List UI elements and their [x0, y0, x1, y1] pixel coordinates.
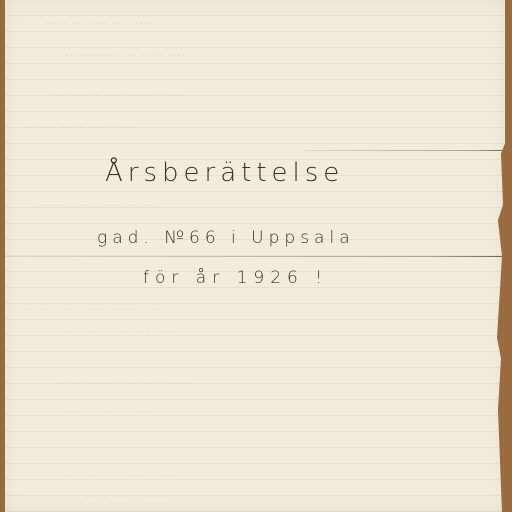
bleed-through-text: ........ ... ....... ......: [35, 196, 156, 209]
bleed-through-text: ... ......... ..... ... .......: [55, 374, 194, 387]
bleed-through-text: ....... ..... .... ........: [65, 466, 186, 479]
subtitle-year: för år 1926 !: [143, 268, 328, 288]
bleed-through-text: ..... ... .... ... ......: [45, 14, 157, 27]
paper-crease: [305, 150, 505, 151]
bleed-through-text: ..... ...... ......: [85, 488, 170, 501]
bleed-through-text: ....... ..... ...... ....: [25, 118, 137, 131]
subtitle-lodge: gad. №66 i Uppsala: [97, 228, 355, 248]
document-title: Årsberättelse: [105, 158, 344, 188]
bleed-through-text: ............ ... ..... ....: [65, 46, 186, 59]
bleed-through-text: ........ ...... ... .....: [45, 402, 157, 415]
paper-fold: [5, 256, 505, 257]
bleed-through-text: ... ....... .... ....... .....: [50, 86, 185, 99]
document-page: ..... ... .... ... ...... ............ .…: [5, 0, 505, 512]
bleed-through-text: ........ ..... .... ......: [65, 322, 182, 335]
bleed-through-text: ..... .. ... ..... ....... ....: [25, 300, 164, 313]
